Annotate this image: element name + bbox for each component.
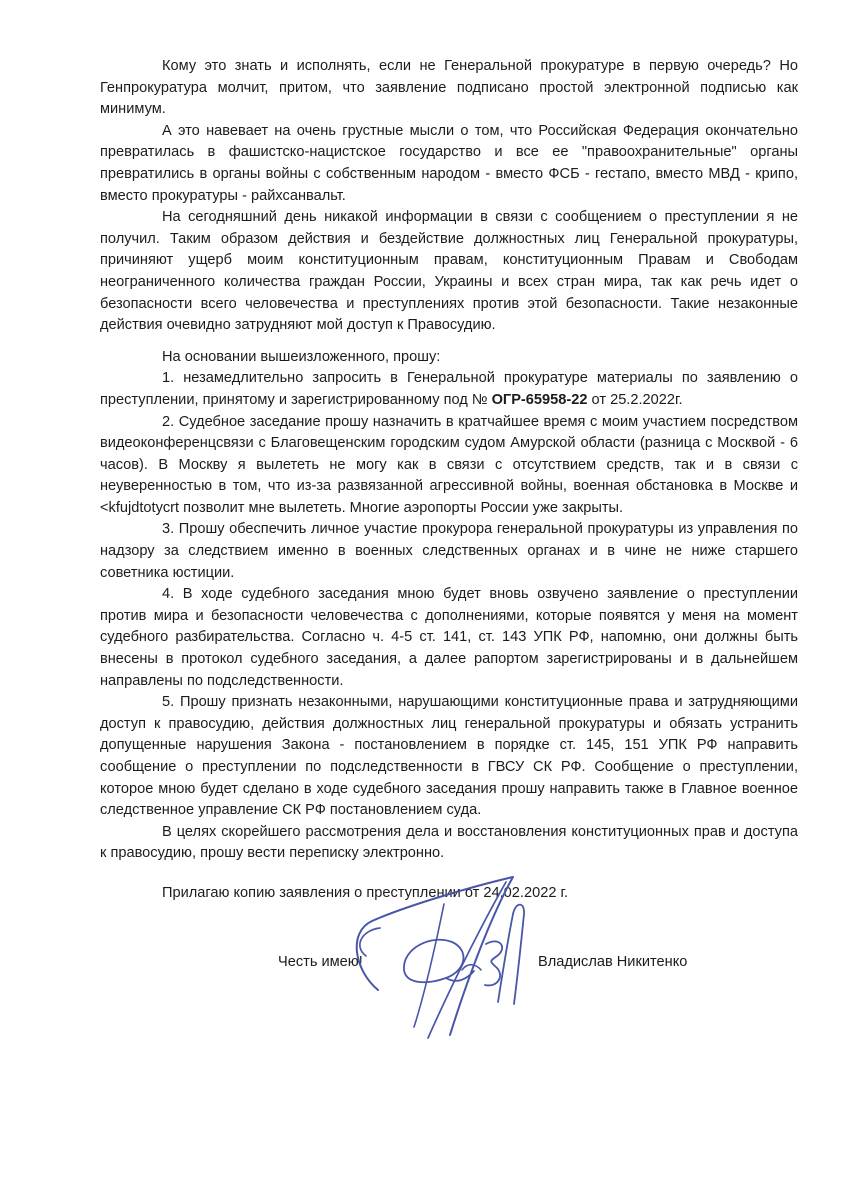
- request-item-1: 1. незамедлительно запросить в Генеральн…: [100, 368, 798, 411]
- paragraph-2: А это навевает на очень грустные мысли о…: [100, 121, 798, 207]
- document-body: Кому это знать и исполнять, если не Гене…: [100, 56, 798, 905]
- paragraph-3: На сегодняшний день никакой информации в…: [100, 207, 798, 337]
- signer-name: Владислав Никитенко: [538, 952, 687, 974]
- request-item-4: 4. В ходе судебного заседания мною будет…: [100, 584, 798, 692]
- document-page: Кому это знать и исполнять, если не Гене…: [0, 0, 843, 1192]
- request-item-2: 2. Судебное заседание прошу назначить в …: [100, 412, 798, 520]
- request-intro: На основании вышеизложенного, прошу:: [100, 347, 798, 369]
- paragraph-1: Кому это знать и исполнять, если не Гене…: [100, 56, 798, 121]
- handwritten-signature-icon: [340, 872, 555, 1042]
- request-item-3: 3. Прошу обеспечить личное участие проку…: [100, 519, 798, 584]
- request-item-5: 5. Прошу признать незаконными, нарушающи…: [100, 692, 798, 822]
- closing-paragraph: В целях скорейшего рассмотрения дела и в…: [100, 822, 798, 865]
